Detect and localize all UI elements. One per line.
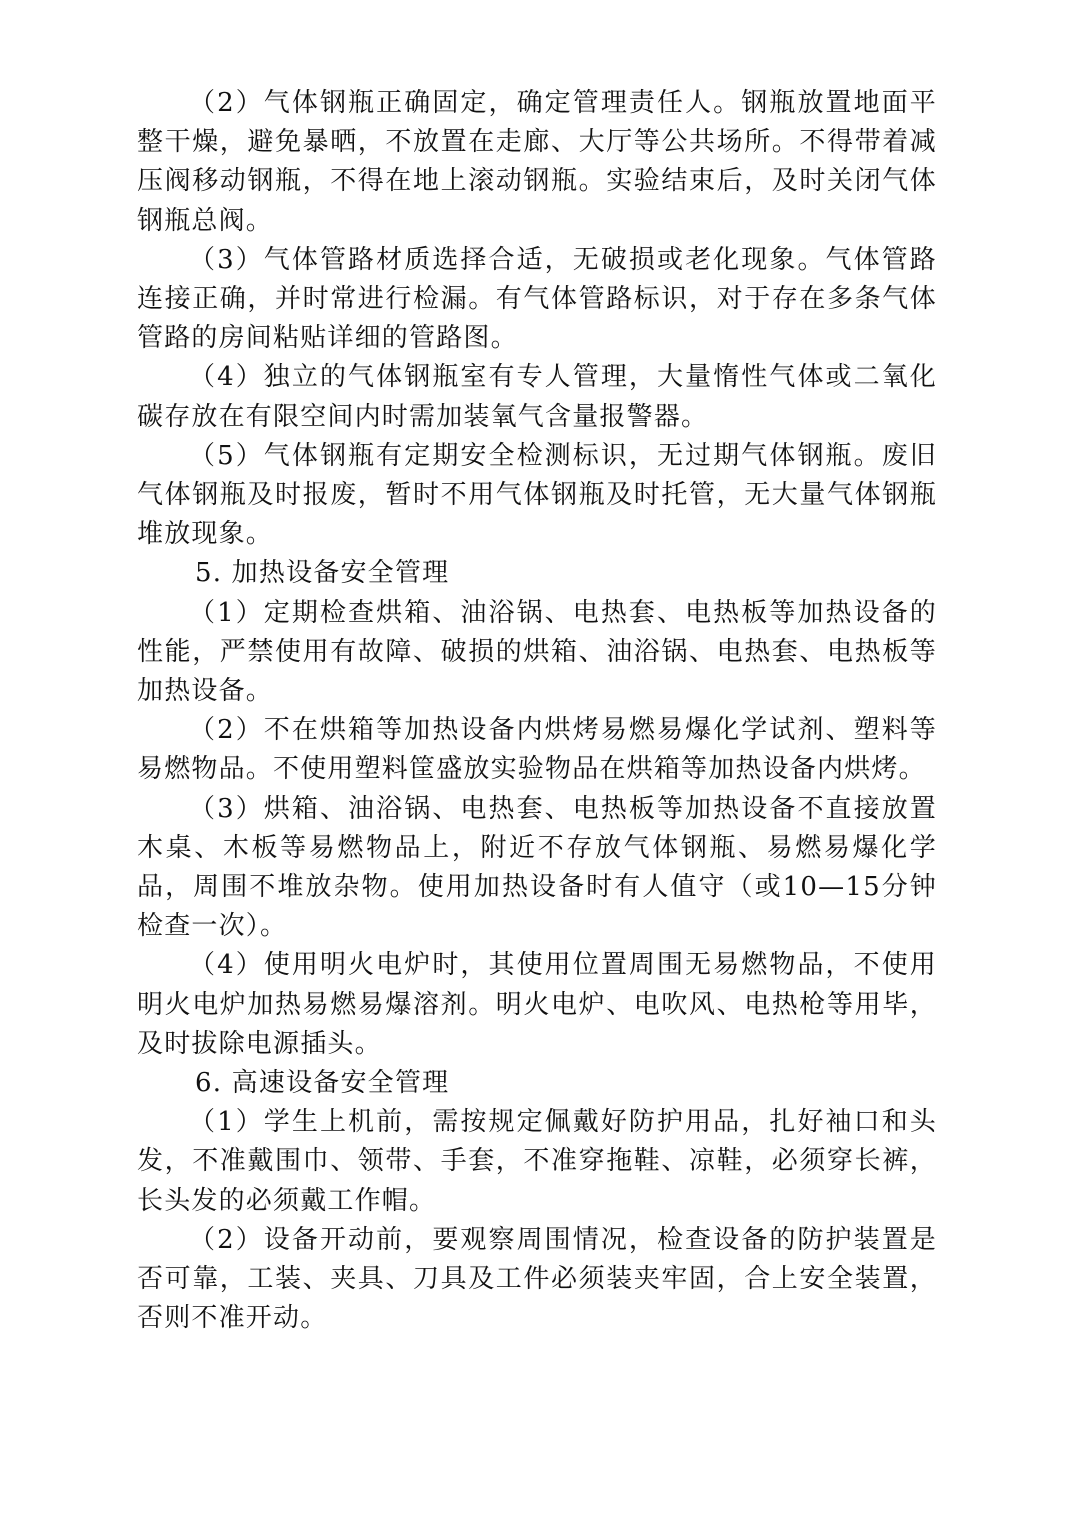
paragraph-heating-inspection: （1）定期检查烘箱、油浴锅、电热套、电热板等加热设备的性能，严禁使用有故障、破损… bbox=[137, 594, 937, 712]
section-heading-heating-equipment: 5. 加热设备安全管理 bbox=[137, 554, 937, 593]
paragraph-open-flame-furnace: （4）使用明火电炉时，其使用位置周围无易燃物品，不使用明火电炉加热易燃易爆溶剂。… bbox=[137, 946, 937, 1064]
paragraph-gas-cylinder-room: （4）独立的气体钢瓶室有专人管理，大量惰性气体或二氧化碳存放在有限空间内时需加装… bbox=[137, 358, 937, 436]
section-heading-high-speed-equipment: 6. 高速设备安全管理 bbox=[137, 1064, 937, 1103]
paragraph-gas-cylinder-inspection: （5）气体钢瓶有定期安全检测标识，无过期气体钢瓶。废旧气体钢瓶及时报废，暂时不用… bbox=[137, 437, 937, 555]
paragraph-gas-pipeline: （3）气体管路材质选择合适，无破损或老化现象。气体管路连接正确，并时常进行检漏。… bbox=[137, 241, 937, 359]
paragraph-gas-cylinder-fixing: （2）气体钢瓶正确固定，确定管理责任人。钢瓶放置地面平整干燥，避免暴晒，不放置在… bbox=[137, 84, 937, 241]
document-page: （2）气体钢瓶正确固定，确定管理责任人。钢瓶放置地面平整干燥，避免暴晒，不放置在… bbox=[137, 84, 937, 1339]
paragraph-heating-flammables: （2）不在烘箱等加热设备内烘烤易燃易爆化学试剂、塑料等易燃物品。不使用塑料筐盛放… bbox=[137, 711, 937, 789]
paragraph-heating-placement: （3）烘箱、油浴锅、电热套、电热板等加热设备不直接放置木桌、木板等易燃物品上，附… bbox=[137, 790, 937, 947]
paragraph-equipment-startup: （2）设备开动前，要观察周围情况，检查设备的防护装置是否可靠，工装、夹具、刀具及… bbox=[137, 1221, 937, 1339]
paragraph-protective-gear: （1）学生上机前，需按规定佩戴好防护用品，扎好袖口和头发，不准戴围巾、领带、手套… bbox=[137, 1103, 937, 1221]
